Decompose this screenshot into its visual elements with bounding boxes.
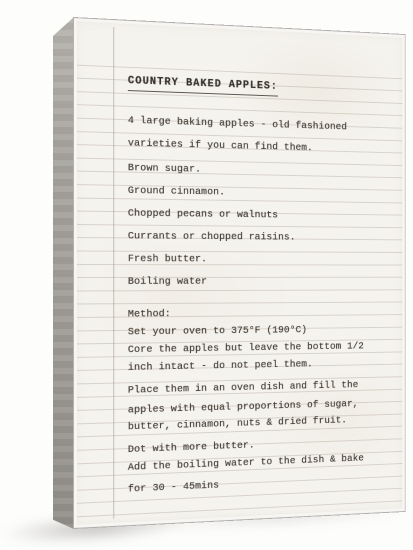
recipe-line: Place them in an oven dish and fill the <box>128 380 358 397</box>
recipe-line: apples with equal proportions of sugar, <box>128 398 358 416</box>
recipe-line: Set your oven to 375°F (190°C) <box>128 324 307 338</box>
recipe-line: 4 large baking apples - old fashioned <box>128 115 347 133</box>
recipe-line: Chopped pecans or walnuts <box>128 208 278 221</box>
recipe-paper: COUNTRY BAKED APPLES: 4 large baking app… <box>73 17 406 529</box>
recipe-line: inch intact - do not peel them. <box>128 359 313 374</box>
canvas-print: COUNTRY BAKED APPLES: 4 large baking app… <box>73 17 413 529</box>
page-background: { "artwork": { "title": "COUNTRY BAKED A… <box>0 0 413 550</box>
recipe-line: Ground cinnamon. <box>128 185 225 198</box>
recipe-line: Add the boiling water to the dish & bake <box>128 453 364 474</box>
recipe-title: COUNTRY BAKED APPLES: <box>128 75 278 96</box>
recipe-line: Brown sugar. <box>128 162 201 175</box>
recipe-line: butter, cinnamon, nuts & dried fruit. <box>128 415 347 433</box>
recipe-line: Core the apples but leave the bottom 1/2 <box>128 341 364 356</box>
recipe-line: Boiling water <box>128 276 207 288</box>
recipe-line: for 30 - 45mins <box>128 480 219 496</box>
recipe-line: varieties if you can find them. <box>128 138 313 155</box>
recipe-line: Fresh butter. <box>128 253 207 265</box>
method-heading: Method: <box>128 308 171 320</box>
recipe-line: Dot with more butter. <box>128 440 255 456</box>
recipe-line: Currants or chopped raisins. <box>128 230 296 243</box>
recipe-text: COUNTRY BAKED APPLES: 4 large baking app… <box>74 18 405 528</box>
canvas-side-edge <box>53 17 74 529</box>
